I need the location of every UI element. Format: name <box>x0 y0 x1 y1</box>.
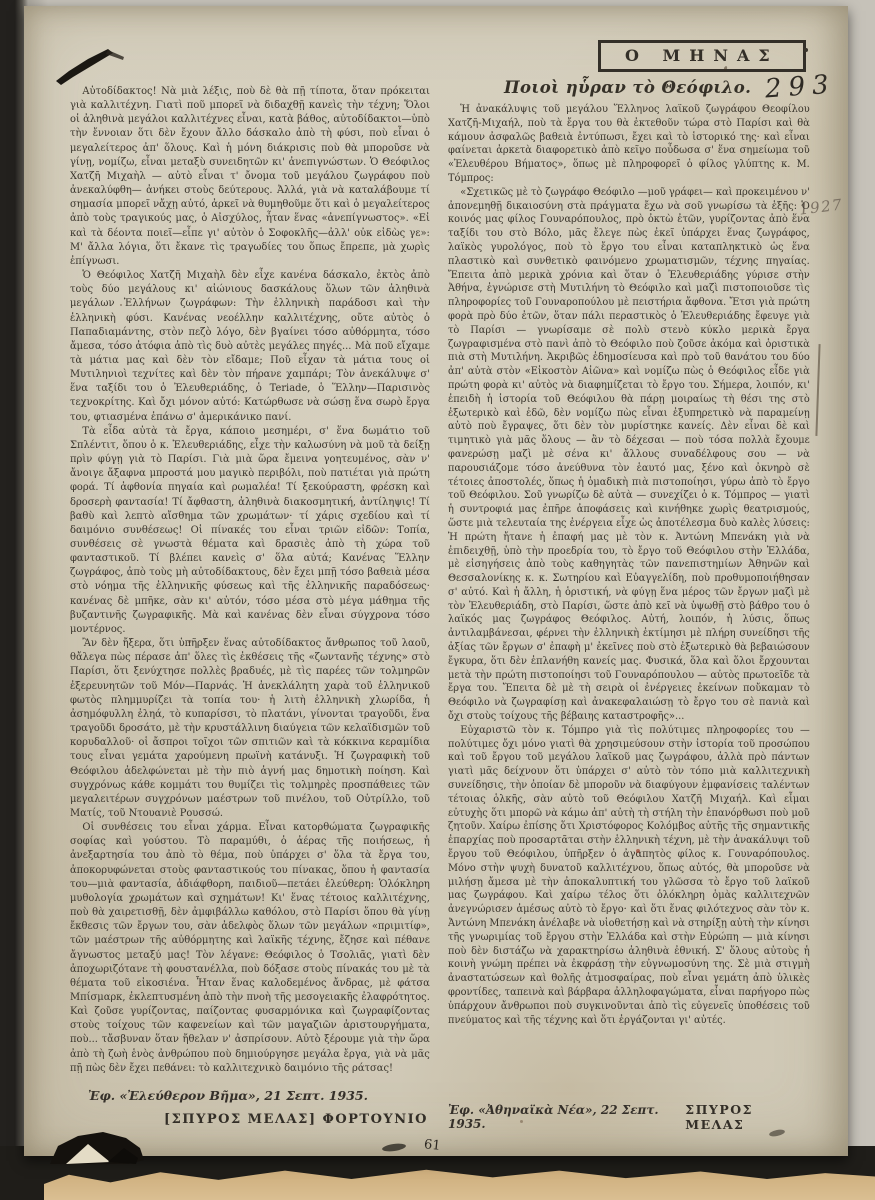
paragraph: Ἡ ἀνακάλυψις τοῦ μεγάλου Ἕλληνος λαϊκοῦ … <box>448 103 810 186</box>
magazine-page: Ο ΜΗΝΑΣ Ποιοὶ ηὗραν τὸ Θεόφιλο. 293 1927… <box>24 6 848 1156</box>
paragraph: Οἱ συνθέσεις του εἶναι χάρμα. Εἶναι κατο… <box>70 820 430 1075</box>
scanned-page-background: Ο ΜΗΝΑΣ Ποιοὶ ηὗραν τὸ Θεόφιλο. 293 1927… <box>0 0 875 1200</box>
margin-pen-line <box>815 344 820 436</box>
right-column: Ἡ ἀνακάλυψις τοῦ μεγάλου Ἕλληνος λαϊκοῦ … <box>448 103 810 1099</box>
handwritten-number: 293 <box>764 70 837 105</box>
left-column: Αὐτοδίδακτος! Νὰ μιὰ λέξις, ποὺ δὲ θὰ πῇ… <box>70 84 430 1082</box>
left-source-line: Ἐφ. «Ἐλεύθερον Βῆμα», 21 Σεπτ. 1935. <box>88 1088 368 1103</box>
paragraph: Τὰ εἶδα αὐτὰ τὰ ἔργα, κάποιο μεσημέρι, σ… <box>70 424 430 636</box>
paragraph: Εὐχαριστῶ τὸν κ. Τόμπρο γιὰ τὶς πολύτιμε… <box>448 724 810 1028</box>
paragraph: «Σχετικῶς μὲ τὸ ζωγράφο Θεόφιλο —μοῦ γρά… <box>448 186 810 724</box>
article-title: Ποιοὶ ηὗραν τὸ Θεόφιλο. <box>504 78 751 97</box>
right-column-text: Ἡ ἀνακάλυψις τοῦ μεγάλου Ἕλληνος λαϊκοῦ … <box>448 103 810 1027</box>
paper-speck <box>188 640 191 643</box>
article-title-row: Ποιοὶ ηὗραν τὸ Θεόφιλο. 293 <box>504 78 834 102</box>
magazine-title: Ο ΜΗΝΑΣ <box>625 46 779 65</box>
page-number: 61 <box>423 1137 441 1154</box>
paragraph: Αὐτοδίδακτος! Νὰ μιὰ λέξις, ποὺ δὲ θὰ πῇ… <box>70 84 430 268</box>
paper-speck <box>636 849 640 853</box>
left-column-text: Αὐτοδίδακτος! Νὰ μιὰ λέξις, ποὺ δὲ θὰ πῇ… <box>70 84 430 1075</box>
right-source-line: Ἐφ. «Ἀθηναϊκὰ Νέα», 22 Σεπτ. 1935. <box>448 1103 685 1131</box>
ink-speck <box>804 48 808 52</box>
paper-speck <box>640 152 643 155</box>
right-footer-row: Ἐφ. «Ἀθηναϊκὰ Νέα», 22 Σεπτ. 1935. ΣΠΥΡΟ… <box>448 1102 810 1132</box>
paragraph: Ὁ Θεόφιλος Χατζῆ Μιχαὴλ δὲν εἶχε κανένα … <box>70 268 430 424</box>
right-byline: ΣΠΥΡΟΣ ΜΕΛΑΣ <box>685 1102 810 1132</box>
paragraph: Ἂν δὲν ἤξερα, ὅτι ὑπῆρξεν ἕνας αὐτοδίδακ… <box>70 636 430 820</box>
handwritten-stroke-mark <box>56 48 126 88</box>
magazine-title-box: Ο ΜΗΝΑΣ <box>598 40 806 72</box>
torn-corner <box>48 1118 158 1166</box>
paper-speck <box>520 1120 523 1123</box>
ink-smudge <box>382 1142 407 1152</box>
paper-speck <box>120 304 122 306</box>
